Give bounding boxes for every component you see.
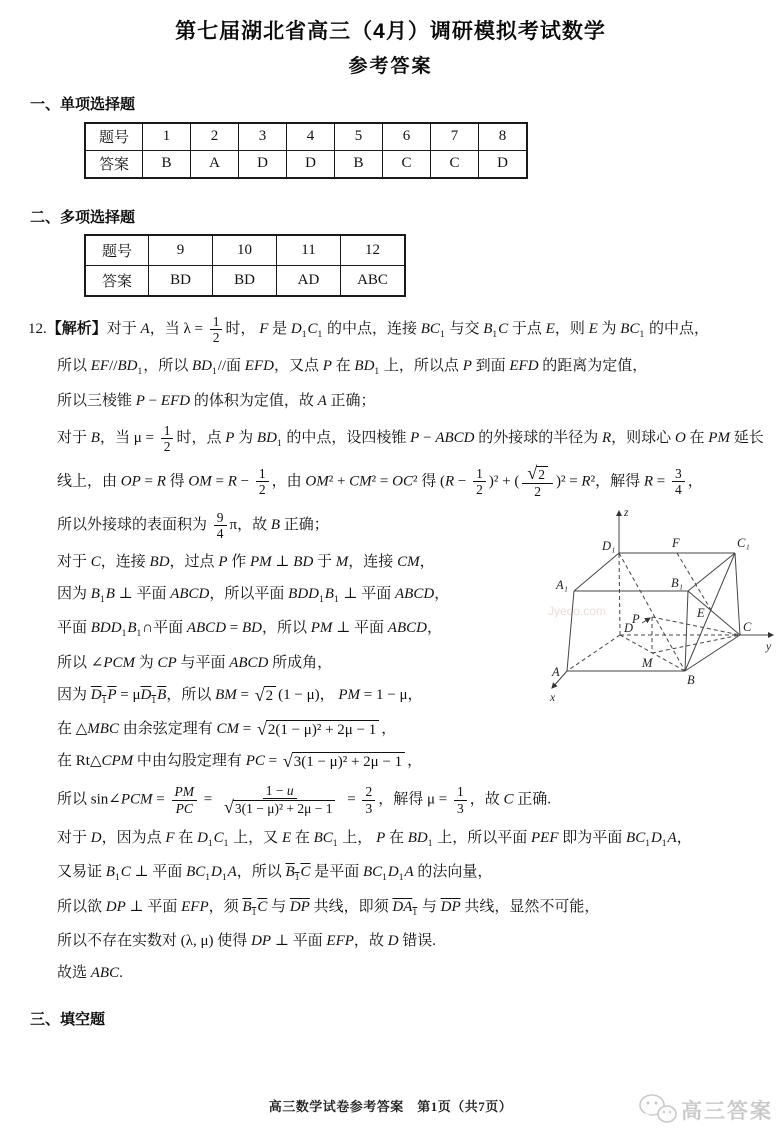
section-heading-multi-choice: 二、多项选择题 xyxy=(30,208,781,228)
vertex-label-F: F xyxy=(671,536,680,550)
table-row: 答案BDBDADABC xyxy=(85,266,405,297)
row-label-cell: 答案 xyxy=(85,266,149,297)
brand-watermark: 高三答案 xyxy=(637,1091,773,1129)
diagonal-D1B xyxy=(619,553,685,671)
question-number-cell: 12 xyxy=(341,235,406,266)
solution-line: 又易证 B1C ⊥ 平面 BC1D1A，所以 B1C 是平面 BC1D1A 的法… xyxy=(57,862,781,885)
solution-line: 所以 EF//BD1，所以 BD1//面 EFD，又点 P 在 BD1 上，所以… xyxy=(57,356,781,379)
question-number-cell: 3 xyxy=(239,123,287,151)
brand-logo-icon xyxy=(637,1091,681,1129)
single-choice-answer-table: 题号12345678答案BADDBCCD xyxy=(84,122,528,179)
point-label-M: M xyxy=(641,656,653,670)
question-number-cell: 9 xyxy=(149,235,213,266)
section-heading-fill-blank: 三、填空题 xyxy=(30,1010,781,1030)
vertex-label-D1: D₁ xyxy=(601,539,615,553)
solution-line: 在 △MBC 由余弦定理有 CM = √2(1 − μ)² + 2μ − 1， xyxy=(57,719,781,740)
point-label-E: E xyxy=(696,606,705,620)
vertex-label-A: A xyxy=(551,665,560,679)
solution-line: 所以 sin∠PCM = PMPC = 1 − u√3(1 − μ)² + 2μ… xyxy=(57,783,781,817)
segment-PC xyxy=(652,617,740,635)
question-number-cell: 2 xyxy=(191,123,239,151)
answer-cell: ABC xyxy=(341,266,406,297)
question-number-cell: 6 xyxy=(383,123,431,151)
answer-cell: BD xyxy=(213,266,277,297)
table-row: 答案BADDBCCD xyxy=(85,150,527,178)
vertex-label-B1: B₁ xyxy=(671,576,683,590)
cube-figure-svg: Jyeoo.com xyxy=(547,503,781,709)
solution-line: 故选 ABC. xyxy=(57,963,781,984)
axis-label-z: z xyxy=(623,507,629,519)
solution-line: 对于 B，当 μ = 12时，点 P 为 BD1 的中点，设四棱锥 P − AB… xyxy=(57,423,781,454)
figure-watermark: Jyeoo.com xyxy=(548,604,606,618)
row-label-cell: 题号 xyxy=(85,235,149,266)
solution-line: 所以欲 DP ⊥ 平面 EFP，须 B1C 与 DP 共线，即须 DA1 与 D… xyxy=(57,897,781,920)
answer-cell: D xyxy=(287,150,335,178)
vertex-label-C1: C₁ xyxy=(737,536,750,550)
answer-cell: C xyxy=(383,150,431,178)
vertex-label-A1: A₁ xyxy=(555,578,568,592)
answer-cell: C xyxy=(431,150,479,178)
question-number-cell: 5 xyxy=(335,123,383,151)
solution-line: 在 Rt△CPM 中由勾股定理有 PC = √3(1 − μ)² + 2μ − … xyxy=(57,751,781,772)
question-number-cell: 1 xyxy=(143,123,191,151)
cube-figure: Jyeoo.com xyxy=(547,503,781,709)
vertex-label-B: B xyxy=(687,673,695,687)
solution-line: 12.【解析】对于 A，当 λ = 12时， F 是 D1C1 的中点，连接 B… xyxy=(28,314,781,345)
document-title: 第七届湖北省高三（4月）调研模拟考试数学 xyxy=(0,18,781,46)
answer-cell: B xyxy=(143,150,191,178)
question-number-cell: 10 xyxy=(213,235,277,266)
question-number-cell: 11 xyxy=(277,235,341,266)
section-heading-single-choice: 一、单项选择题 xyxy=(30,95,781,115)
point-label-P: P xyxy=(631,612,640,626)
answer-sheet-page: 第七届湖北省高三（4月）调研模拟考试数学 参考答案 一、单项选择题 题号1234… xyxy=(0,0,781,1141)
table-row: 题号9101112 xyxy=(85,235,405,266)
axis-label-x: x xyxy=(549,692,556,704)
answer-cell: AD xyxy=(277,266,341,297)
vertex-label-C: C xyxy=(743,620,752,634)
answer-cell: B xyxy=(335,150,383,178)
axis-label-y: y xyxy=(765,641,772,653)
answer-cell: D xyxy=(239,150,287,178)
row-label-cell: 题号 xyxy=(85,123,143,151)
answer-cell: D xyxy=(479,150,528,178)
solution-line: 对于 D，因为点 F 在 D1C1 上，又 E 在 BC1 上， P 在 BD1… xyxy=(57,828,781,851)
solution-line: 所以三棱锥 P − EFD 的体积为定值，故 A 正确； xyxy=(57,391,781,412)
question-number-cell: 7 xyxy=(431,123,479,151)
row-label-cell: 答案 xyxy=(85,150,143,178)
brand-watermark-text: 高三答案 xyxy=(681,1095,773,1125)
answer-cell: A xyxy=(191,150,239,178)
answer-cell: BD xyxy=(149,266,213,297)
table-row: 题号12345678 xyxy=(85,123,527,151)
solution-line: 所以不存在实数对 (λ, μ) 使得 DP ⊥ 平面 EFP，故 D 错误. xyxy=(57,931,781,952)
solution-line: 线上，由 OP = R 得 OM = R − 12，由 OM² + CM² = … xyxy=(57,465,781,499)
question-number-cell: 4 xyxy=(287,123,335,151)
question-number-cell: 8 xyxy=(479,123,528,151)
multi-choice-answer-table: 题号9101112答案BDBDADABC xyxy=(84,234,406,297)
document-subtitle: 参考答案 xyxy=(0,55,781,80)
p-pointer-arrow xyxy=(642,618,650,623)
